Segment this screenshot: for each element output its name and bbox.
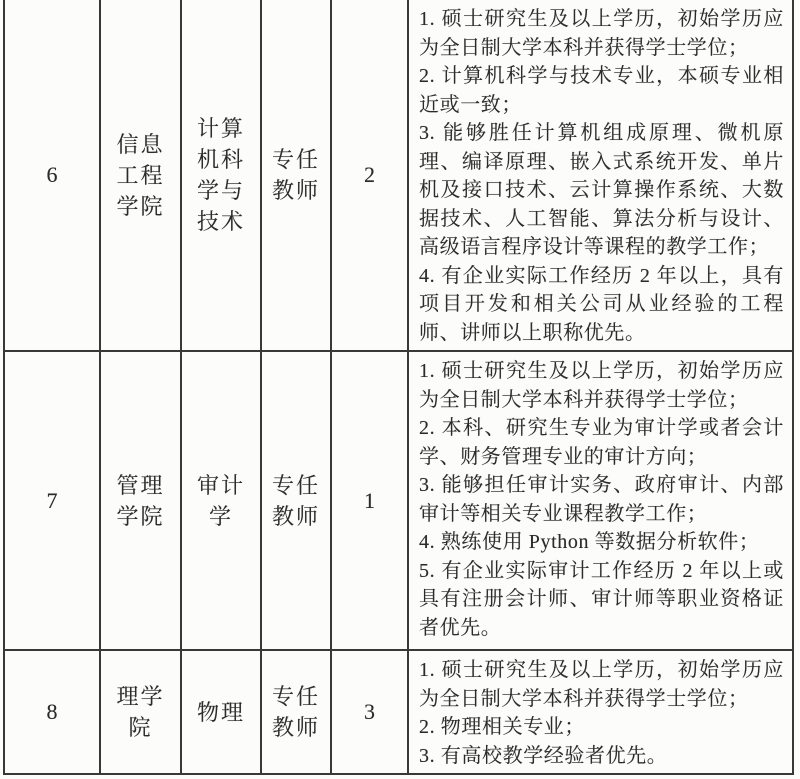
cell-count: 3 bbox=[331, 650, 408, 774]
cell-major: 物理 bbox=[181, 650, 261, 774]
cell-count: 1 bbox=[331, 351, 408, 650]
cell-position: 专任 教师 bbox=[261, 351, 331, 650]
cell-major: 计算 机科 学与 技术 bbox=[181, 0, 261, 351]
table-row: 6 信息 工程 学院 计算 机科 学与 技术 专任 教师 2 1. 硕士研究生及… bbox=[4, 0, 793, 351]
requirement-item: 5. 有企业实际审计工作经历 2 年以上或具有注册会计师、审计师等职业资格证者优… bbox=[419, 557, 784, 643]
cell-count: 2 bbox=[331, 0, 408, 351]
requirement-item: 4. 有企业实际工作经历 2 年以上，具有项目开发和相关公司从业经验的工程师、讲… bbox=[419, 262, 784, 348]
table-row: 8 理学 院 物理 专任 教师 3 1. 硕士研究生及以上学历，初始学历应为全日… bbox=[4, 650, 793, 774]
requirement-item: 3. 能够担任审计实务、政府审计、内部审计等相关专业课程教学工作； bbox=[419, 471, 784, 528]
cell-position: 专任 教师 bbox=[261, 0, 331, 351]
requirement-item: 1. 硕士研究生及以上学历，初始学历应为全日制大学本科并获得学士学位； bbox=[419, 5, 784, 62]
cell-index: 6 bbox=[4, 0, 100, 351]
recruitment-requirements-table: 6 信息 工程 学院 计算 机科 学与 技术 专任 教师 2 1. 硕士研究生及… bbox=[3, 0, 794, 775]
requirement-item: 4. 熟练使用 Python 等数据分析软件； bbox=[419, 528, 784, 557]
scanned-document-page: 6 信息 工程 学院 计算 机科 学与 技术 专任 教师 2 1. 硕士研究生及… bbox=[0, 0, 800, 779]
cell-position: 专任 教师 bbox=[261, 650, 331, 774]
cell-college: 信息 工程 学院 bbox=[100, 0, 181, 351]
cell-index: 7 bbox=[4, 351, 100, 650]
requirement-item: 3. 能够胜任计算机组成原理、微机原理、编译原理、嵌入式系统开发、单片机及接口技… bbox=[419, 119, 784, 262]
requirement-item: 1. 硕士研究生及以上学历，初始学历应为全日制大学本科并获得学士学位； bbox=[419, 357, 784, 414]
cell-requirements: 1. 硕士研究生及以上学历，初始学历应为全日制大学本科并获得学士学位； 2. 物… bbox=[408, 650, 793, 774]
cell-index: 8 bbox=[4, 650, 100, 774]
requirement-item: 2. 物理相关专业； bbox=[419, 713, 784, 742]
requirement-item: 2. 本科、研究生专业为审计学或者会计学、财务管理专业的审计方向； bbox=[419, 414, 784, 471]
cell-college: 管理 学院 bbox=[100, 351, 181, 650]
requirement-item: 3. 有高校教学经验者优先。 bbox=[419, 742, 784, 771]
requirement-item: 2. 计算机科学与技术专业，本硕专业相近或一致； bbox=[419, 62, 784, 119]
requirement-item: 1. 硕士研究生及以上学历，初始学历应为全日制大学本科并获得学士学位； bbox=[419, 656, 784, 713]
cell-major: 审计 学 bbox=[181, 351, 261, 650]
cell-requirements: 1. 硕士研究生及以上学历，初始学历应为全日制大学本科并获得学士学位； 2. 计… bbox=[408, 0, 793, 351]
table-row: 7 管理 学院 审计 学 专任 教师 1 1. 硕士研究生及以上学历，初始学历应… bbox=[4, 351, 793, 650]
cell-college: 理学 院 bbox=[100, 650, 181, 774]
cell-requirements: 1. 硕士研究生及以上学历，初始学历应为全日制大学本科并获得学士学位； 2. 本… bbox=[408, 351, 793, 650]
